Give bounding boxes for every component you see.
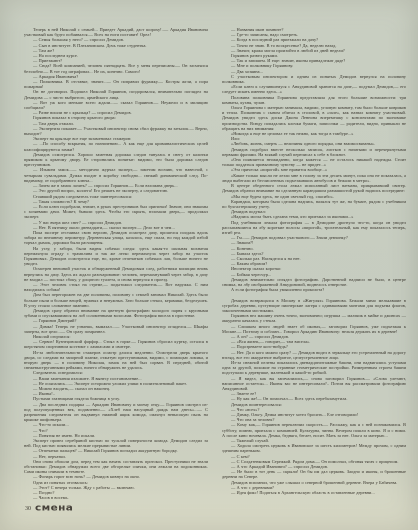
paragraph: Осмотрев внешний участок и обнаруженный …: [24, 266, 208, 282]
paragraph: Карандаш, которым была сделана надпись, …: [222, 199, 406, 209]
paragraph: Демидов осмотрелся. Хорошо заметная доро…: [24, 152, 208, 168]
page-number: 30: [25, 506, 31, 512]
paragraph: Дом был перегорожен на две половины, пол…: [24, 292, 208, 308]
paragraph: — Два последних подарка — Аркадию Иванов…: [24, 402, 208, 423]
paragraph: «Какие только мысли не лезли мне в голов…: [222, 173, 406, 183]
paragraph: Он не договорил. Подошел Николай Горяино…: [24, 89, 208, 99]
paragraph: — Кому как,— Горяинов переключил скорост…: [222, 422, 406, 438]
paragraph: Демидов внимательно оглядел фотографию. …: [222, 277, 406, 287]
paragraph: «Она появляется неожиданно, когда кажетс…: [222, 157, 406, 167]
paragraph: — Димка! Теперь не узнаешь, вымахал...— …: [24, 324, 208, 334]
paragraph: Эксперт провел серебряной кистью по туск…: [24, 438, 208, 448]
text-column-left: Теперь в ней Николай с семьей... Приедет…: [24, 27, 208, 501]
paragraph: Демидов подобрал вместе несколько записо…: [222, 147, 406, 157]
paragraph: — Я видел, как вы запечалились,— снова з…: [222, 376, 406, 392]
paragraph: Под учебником лежала фотография — в Деми…: [222, 220, 406, 236]
page-footer: 30 смена: [25, 501, 73, 515]
paragraph: — Не было в тот день — скрыли! Он бы им …: [222, 469, 406, 479]
paragraph: — Слишком много людей знает об иконах,— …: [222, 324, 406, 334]
magazine-page: Теперь в ней Николай с семьей... Приедет…: [0, 0, 418, 530]
paragraph: — Сюда? Всей компанией, человек пятнадца…: [24, 63, 208, 73]
paragraph: Демидов возвращался в Москву в «Жигулях»…: [222, 298, 406, 314]
paragraph: — Идея фикс! Податься в Архангельскую об…: [222, 490, 406, 495]
paragraph: — Ходила смотреть церковь в Ивановское з…: [222, 443, 406, 453]
paragraph: Пока эксперт отстаивал свою версию, Деми…: [24, 230, 208, 246]
paragraph: Ольга Горяинова с матерью занимала, види…: [222, 105, 406, 131]
text-column-right: — Названия икон помните?— Где-то записан…: [222, 27, 406, 501]
paragraph: С участковым инспектором и одним из поня…: [222, 74, 406, 84]
paragraph: — Этот человек стоял на стреме,— подытож…: [24, 282, 208, 292]
paragraph: Горяинов вел машину очень точно, экономи…: [222, 313, 406, 323]
paragraph: — Нет. Да и кого можно сразу? — Демидов …: [222, 350, 406, 360]
paragraph: — Если ключ подобрали, значит, в руках п…: [24, 204, 208, 220]
paragraph: — Изымем замок...— методично журчал эксп…: [24, 167, 208, 183]
paragraph: В центре обеденного стола лежал исписанн…: [222, 183, 406, 193]
paragraph: — ...По способу вскрытия, по назначению.…: [24, 141, 208, 151]
paragraph: Половина полковника Горяинова представля…: [222, 95, 406, 105]
paragraph: — Экспертиза покажет.— Участковый инспек…: [24, 126, 208, 136]
paragraph: — Сервиз! Кузнецовский фарфор... Стоял в…: [24, 339, 208, 349]
paragraph: Теперь в ней Николай с семьей... Приедет…: [24, 27, 208, 37]
paragraph: На углу, у забора, были видны собачьи сл…: [24, 246, 208, 267]
paragraph: Из-за любознательности стажеров осмотр д…: [24, 350, 208, 371]
paragraph: Они снова обошли дом, перед тем как нача…: [24, 459, 208, 475]
paragraph: Из-за снежной пелены показались двенадца…: [222, 360, 406, 376]
magazine-logo: смена: [35, 502, 73, 513]
paragraph: Демидов сразу обратил внимание на цветну…: [24, 308, 208, 318]
paragraph: — Полковника. В отставке, значит...— Он …: [24, 79, 208, 89]
paragraph: — Вот уж кого меньше всего ждали...— ска…: [24, 100, 208, 110]
paragraph: «Если ключ к случившемуся с Анкудиновой …: [222, 84, 406, 94]
